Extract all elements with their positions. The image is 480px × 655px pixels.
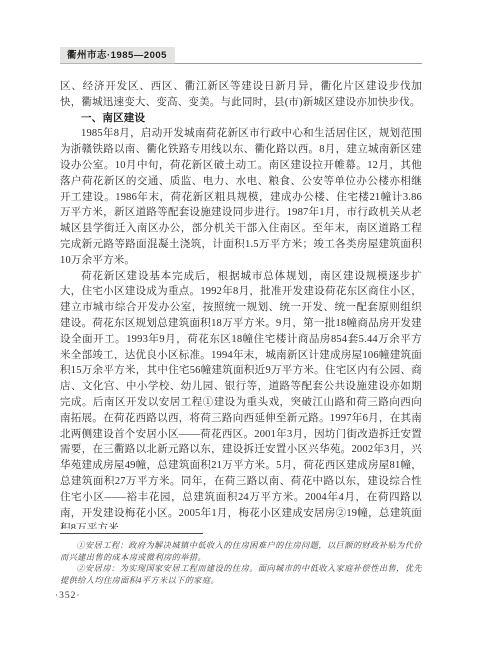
page-number: ·352·	[55, 591, 81, 601]
footnote-1: ①安居工程：政府为解决城镇中低收入的住房困难户的住房问题，以巨额的财政补贴为代价…	[60, 540, 422, 563]
footnote-block: ①安居工程：政府为解决城镇中低收入的住房困难户的住房问题，以巨额的财政补贴为代价…	[60, 533, 422, 586]
page-body: 区、经济开发区、西区、衢江新区等建设日新月异，衢化片区建设步伐加快，衢城迅速变大…	[60, 79, 422, 529]
paragraph-south-1: 1985年8月，启动开发城南荷花新区市行政中心和生活居住区，规划范围为浙赣铁路以…	[60, 126, 422, 268]
paragraph-south-2: 荷花新区建设基本完成后，根据城市总体规划，南区建设规模逐步扩大，住宅小区建设成为…	[60, 269, 422, 529]
document-page: 衢州市志 衢州市志 衢州市志 衢州市志·1985—2005 区、经济开发区、西区…	[0, 0, 480, 655]
running-header: 衢州市志·1985—2005	[60, 46, 422, 64]
section-heading-south-district: 一、南区建设	[60, 111, 422, 127]
footnote-2: ②安居房：为实现国家安居工程而建设的住房。面向城市的中低收入家庭补偿性出售，优先…	[60, 563, 422, 586]
running-header-title: 衢州市志·1985—2005	[60, 47, 175, 64]
paragraph-continuation: 区、经济开发区、西区、衢江新区等建设日新月异，衢化片区建设步伐加快，衢城迅速变大…	[60, 79, 422, 111]
footnote-separator-rule	[60, 533, 203, 534]
